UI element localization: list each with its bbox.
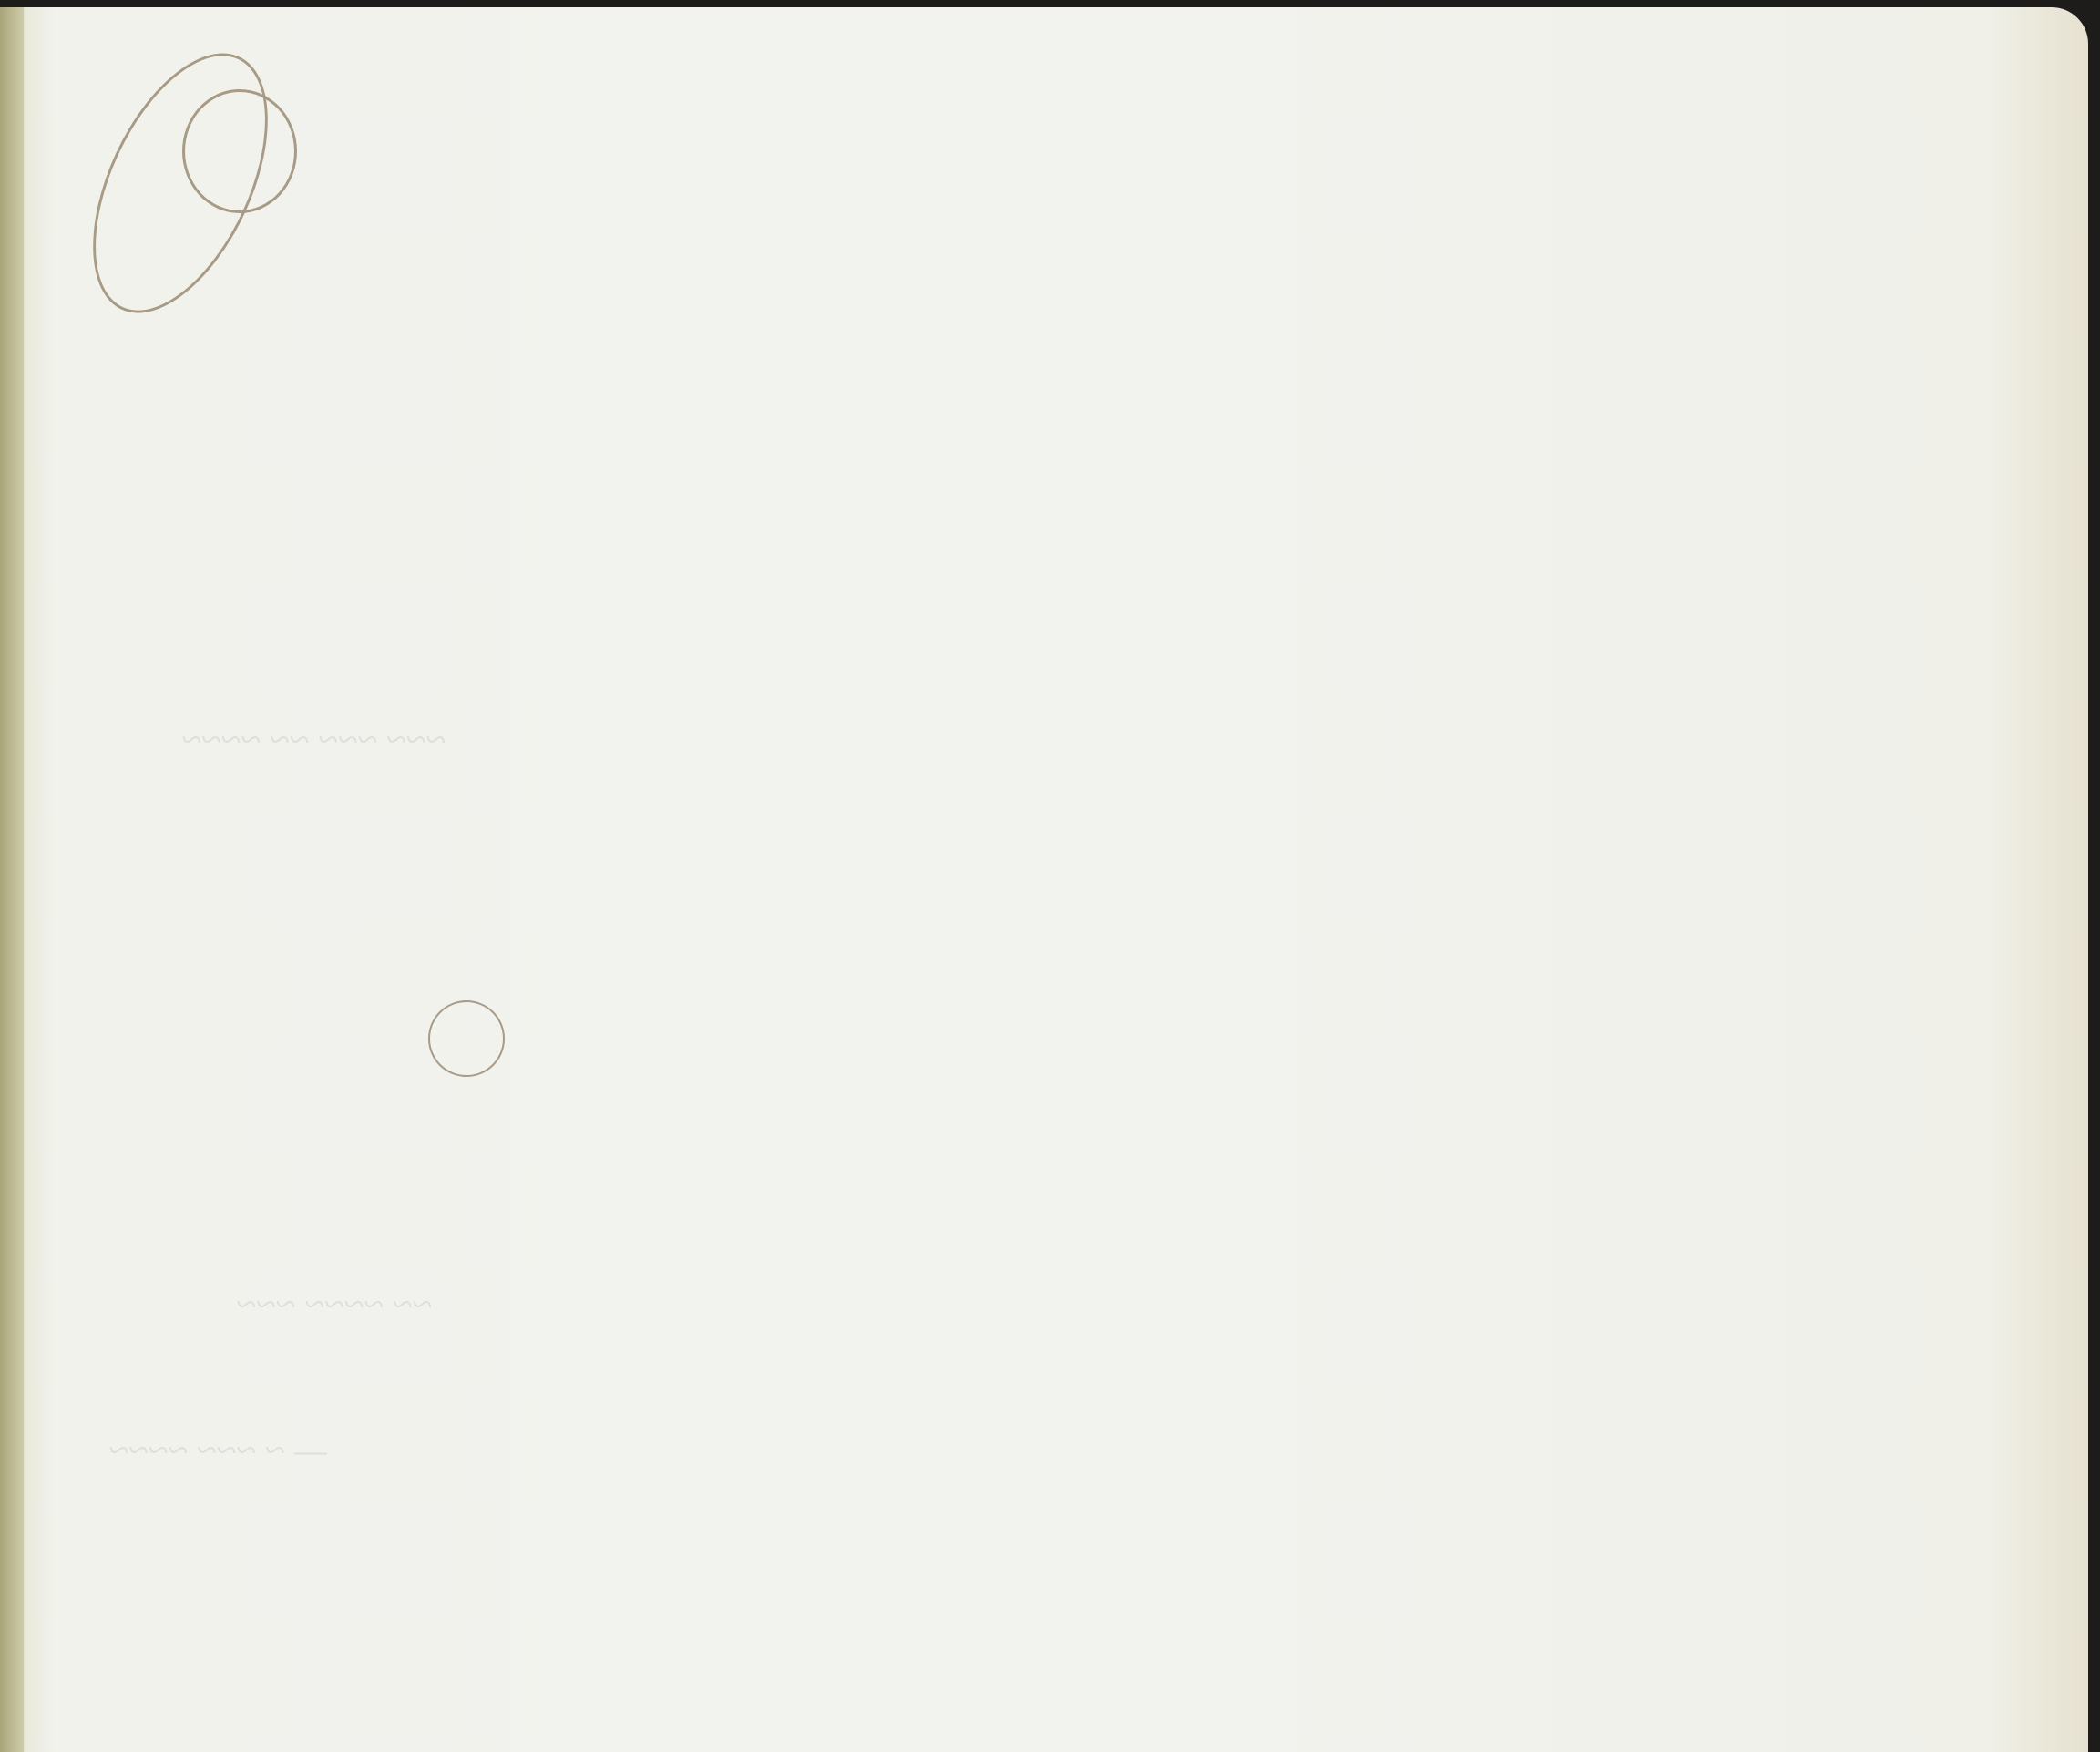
bleed-through-text: — ~ ~~~ ~~~~	[109, 1429, 327, 1471]
bleed-through-text: ~~ ~~~~ ~~~	[237, 1283, 433, 1326]
margin-flourish	[428, 1000, 505, 1077]
bleed-through-text: ~~~ ~~~ ~~ ~~~~	[182, 718, 446, 761]
binding-shadow	[0, 7, 24, 1752]
document-page: ~~~ ~~~ ~~ ~~~~ ~~ ~~~~ ~~~ — ~ ~~~ ~~~~	[0, 7, 2088, 1752]
margin-flourish	[182, 89, 297, 213]
